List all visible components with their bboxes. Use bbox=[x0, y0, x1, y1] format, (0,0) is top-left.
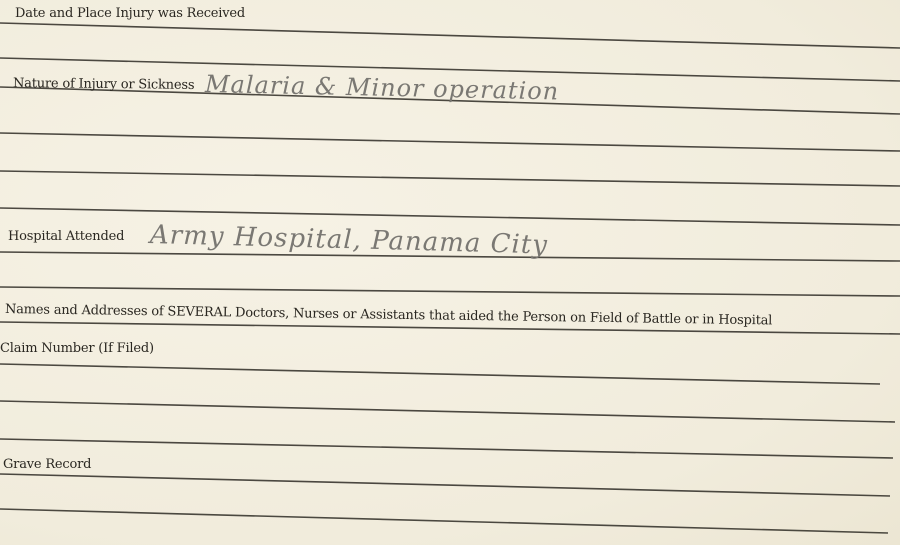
rule-line bbox=[0, 439, 893, 458]
rule-line bbox=[0, 364, 880, 384]
rule-line bbox=[0, 509, 888, 533]
rule-line bbox=[0, 23, 900, 48]
field-label-claim-number: Claim Number (If Filed) bbox=[0, 341, 154, 356]
field-label-grave-record: Grave Record bbox=[3, 457, 91, 472]
field-label-nature-injury: Nature of Injury or Sickness bbox=[13, 76, 194, 93]
rule-line bbox=[0, 401, 895, 422]
rule-line bbox=[0, 474, 890, 496]
rule-line bbox=[0, 133, 900, 151]
form-card: Date and Place Injury was Received Natur… bbox=[0, 0, 900, 545]
field-label-date-place: Date and Place Injury was Received bbox=[15, 6, 245, 21]
field-label-hospital: Hospital Attended bbox=[8, 229, 124, 244]
rule-line bbox=[0, 171, 900, 186]
rule-line bbox=[0, 208, 900, 225]
rule-line bbox=[0, 287, 900, 296]
